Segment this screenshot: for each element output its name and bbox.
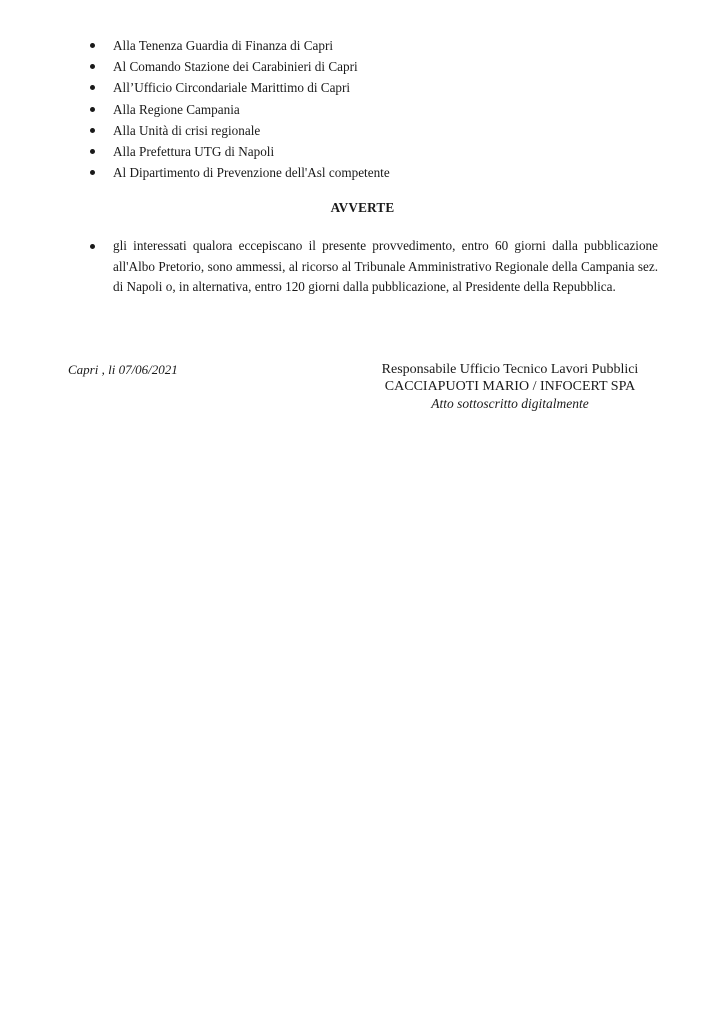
signer-role: Responsabile Ufficio Tecnico Lavori Pubb…: [368, 361, 652, 378]
list-item: Alla Prefettura UTG di Napoli: [88, 141, 390, 162]
bullet-icon: [90, 128, 95, 133]
recipient-text: Al Comando Stazione dei Carabinieri di C…: [113, 59, 358, 74]
document-page: Alla Tenenza Guardia di Finanza di Capri…: [0, 0, 725, 1024]
list-item: Alla Tenenza Guardia di Finanza di Capri: [88, 35, 390, 56]
warning-paragraph: gli interessati qualora eccepiscano il p…: [88, 236, 658, 298]
bullet-icon: [90, 85, 95, 90]
bullet-icon: [90, 170, 95, 175]
recipient-list: Alla Tenenza Guardia di Finanza di Capri…: [88, 35, 390, 183]
signer-name: CACCIAPUOTI MARIO / INFOCERT SPA: [368, 378, 652, 395]
list-item: Alla Unità di crisi regionale: [88, 120, 390, 141]
bullet-icon: [90, 43, 95, 48]
place-date: Capri , li 07/06/2021: [68, 362, 178, 378]
bullet-icon: [90, 149, 95, 154]
list-item: All’Ufficio Circondariale Marittimo di C…: [88, 77, 390, 98]
recipient-text: Alla Regione Campania: [113, 102, 240, 117]
recipient-text: Alla Unità di crisi regionale: [113, 123, 260, 138]
bullet-icon: [90, 64, 95, 69]
section-heading: AVVERTE: [0, 200, 725, 216]
list-item: Alla Regione Campania: [88, 99, 390, 120]
recipient-text: All’Ufficio Circondariale Marittimo di C…: [113, 80, 350, 95]
recipient-text: Al Dipartimento di Prevenzione dell'Asl …: [113, 165, 390, 180]
signature-note: Atto sottoscritto digitalmente: [368, 395, 652, 412]
warning-text: gli interessati qualora eccepiscano il p…: [113, 236, 658, 298]
bullet-icon: [90, 107, 95, 112]
recipient-text: Alla Prefettura UTG di Napoli: [113, 144, 274, 159]
signature-block: Responsabile Ufficio Tecnico Lavori Pubb…: [368, 361, 652, 412]
list-item: Al Comando Stazione dei Carabinieri di C…: [88, 56, 390, 77]
list-item: Al Dipartimento di Prevenzione dell'Asl …: [88, 162, 390, 183]
recipient-text: Alla Tenenza Guardia di Finanza di Capri: [113, 38, 333, 53]
bullet-icon: [90, 244, 95, 249]
